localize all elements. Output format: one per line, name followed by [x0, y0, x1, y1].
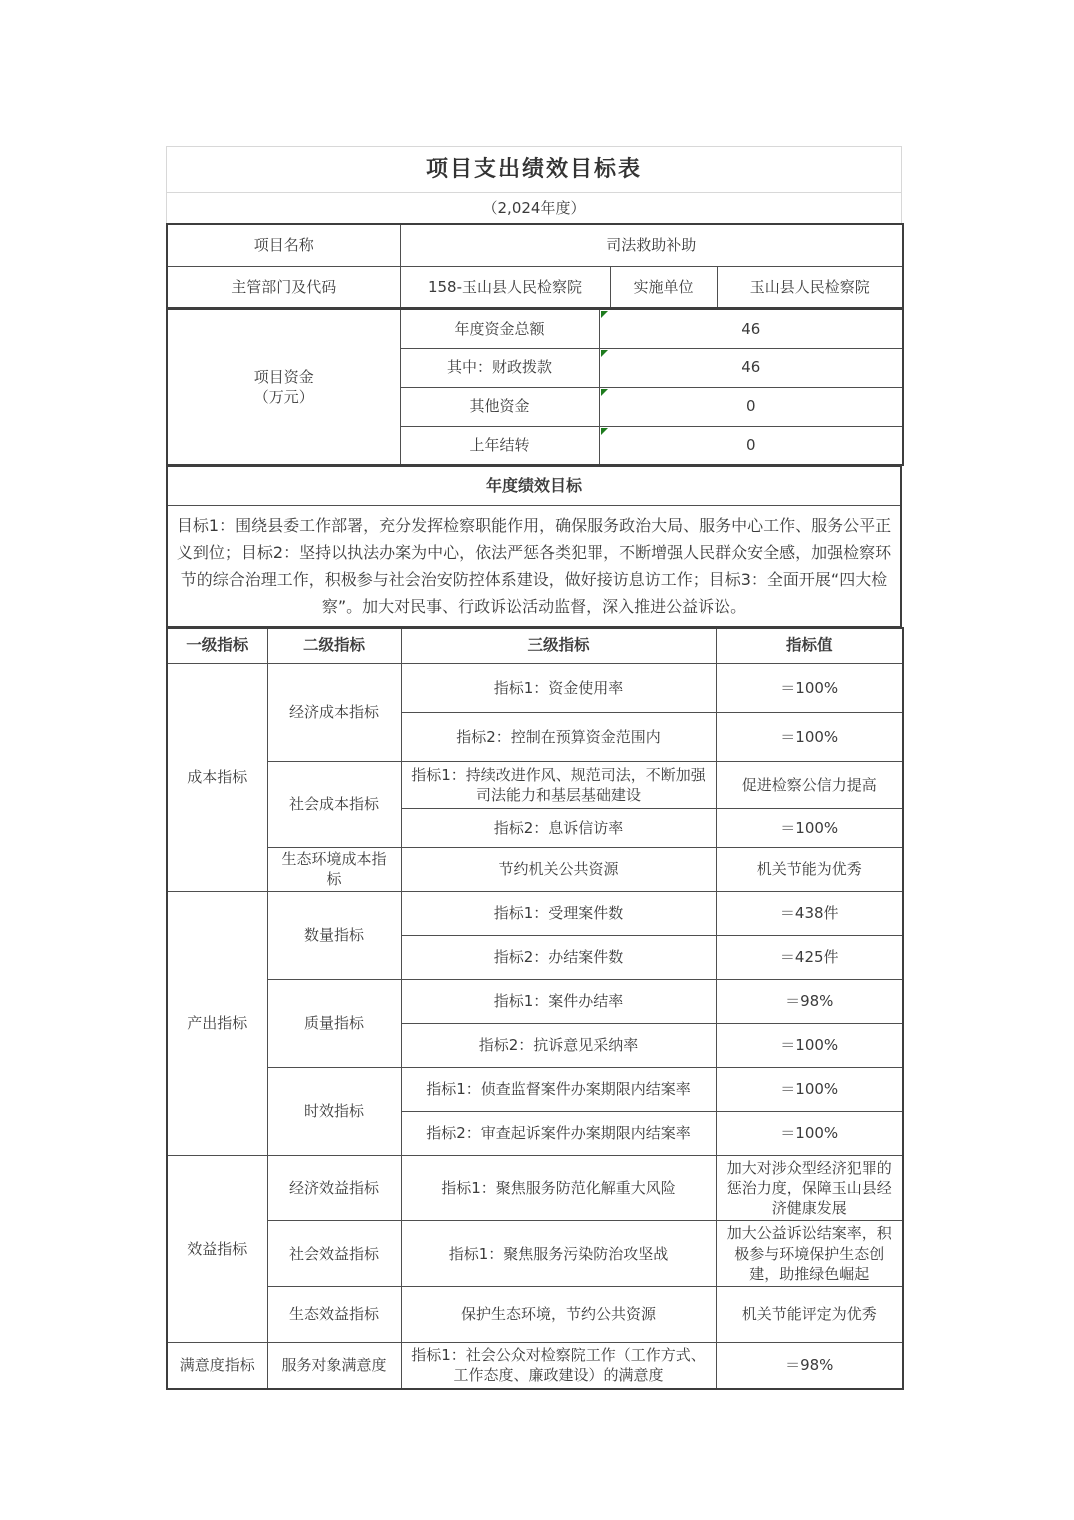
level3-indicator: 指标1：案件办结率 [401, 979, 716, 1023]
impl-unit-value: 玉山县人民检察院 [717, 266, 903, 308]
indicator-value: ＝100% [716, 1067, 903, 1111]
level2-eco-benefit: 生态效益指标 [267, 1287, 401, 1343]
indicator-value: ＝100% [716, 809, 903, 848]
fund-row-name: 其中：财政拨款 [400, 348, 599, 387]
level2-economic-cost: 经济成本指标 [267, 664, 401, 762]
level1-satisfaction-indicator: 满意度指标 [167, 1343, 267, 1389]
level2-service-target-satisfaction: 服务对象满意度 [267, 1343, 401, 1389]
level3-indicator: 保护生态环境，节约公共资源 [401, 1287, 716, 1343]
indicator-value: 机关节能评定为优秀 [716, 1287, 903, 1343]
funds-label: 项目资金 （万元） [167, 309, 400, 465]
fund-row-value: 46 [599, 348, 903, 387]
impl-unit-label: 实施单位 [610, 266, 717, 308]
indicator-value: ＝98% [716, 1343, 903, 1389]
cell-marker-icon [601, 389, 608, 396]
level3-indicator: 指标1：资金使用率 [401, 664, 716, 713]
level3-indicator: 指标2：息诉信访率 [401, 809, 716, 848]
indicator-value: 加大对涉众型经济犯罪的惩治力度，保障玉山县经济健康发展 [716, 1155, 903, 1221]
annual-goal-header: 年度绩效目标 [167, 466, 901, 505]
cell-marker-icon [601, 350, 608, 357]
dept-code-label: 主管部门及代码 [167, 266, 400, 308]
fund-row-value: 0 [599, 426, 903, 465]
level2-social-benefit: 社会效益指标 [267, 1221, 401, 1287]
fund-row-name: 上年结转 [400, 426, 599, 465]
title-block: 项目支出绩效目标表 （2,024年度） [166, 146, 902, 224]
project-name-value: 司法救助补助 [400, 224, 903, 266]
level3-indicator: 指标1：受理案件数 [401, 891, 716, 935]
indicator-value: 促进检察公信力提高 [716, 762, 903, 809]
annual-goal-table: 年度绩效目标 目标1：围绕县委工作部署，充分发挥检察职能作用，确保服务政治大局、… [166, 465, 902, 628]
level3-indicator: 节约机关公共资源 [401, 848, 716, 892]
indicator-value: ＝100% [716, 1111, 903, 1155]
dept-code-value: 158-玉山县人民检察院 [400, 266, 610, 308]
funds-label-line1: 项目资金 [254, 368, 314, 386]
fund-value-text: 0 [746, 436, 756, 454]
project-name-label: 项目名称 [167, 224, 400, 266]
project-info-table: 项目名称 司法救助补助 主管部门及代码 158-玉山县人民检察院 实施单位 玉山… [166, 223, 904, 309]
fund-row-value: 0 [599, 387, 903, 426]
indicator-value: ＝438件 [716, 891, 903, 935]
header-level1: 一级指标 [167, 628, 267, 664]
fund-value-text: 46 [741, 358, 760, 376]
fund-row-value: 46 [599, 309, 903, 348]
indicator-value: ＝98% [716, 979, 903, 1023]
header-level2: 二级指标 [267, 628, 401, 664]
annual-goal-text: 目标1：围绕县委工作部署，充分发挥检察职能作用，确保服务政治大局、服务中心工作、… [167, 505, 901, 627]
header-level3: 三级指标 [401, 628, 716, 664]
level3-indicator: 指标1：社会公众对检察院工作（工作方式、工作态度、廉政建设）的满意度 [401, 1343, 716, 1389]
fund-row-name: 其他资金 [400, 387, 599, 426]
performance-target-table: 项目支出绩效目标表 （2,024年度） 项目名称 司法救助补助 主管部门及代码 … [166, 146, 902, 1390]
level2-social-cost: 社会成本指标 [267, 762, 401, 848]
cell-marker-icon [601, 428, 608, 435]
indicator-value: 机关节能为优秀 [716, 848, 903, 892]
project-funds-table: 项目资金 （万元） 年度资金总额 46 其中：财政拨款 46 其他资金 0 上年… [166, 308, 904, 466]
indicator-value: ＝100% [716, 664, 903, 713]
indicator-value: ＝100% [716, 1023, 903, 1067]
level2-quantity: 数量指标 [267, 891, 401, 979]
header-value: 指标值 [716, 628, 903, 664]
indicator-value: ＝100% [716, 713, 903, 762]
level3-indicator: 指标1：持续改进作风、规范司法，不断加强司法能力和基层基础建设 [401, 762, 716, 809]
level3-indicator: 指标1：聚焦服务防范化解重大风险 [401, 1155, 716, 1221]
level1-output-indicator: 产出指标 [167, 891, 267, 1155]
level3-indicator: 指标2：控制在预算资金范围内 [401, 713, 716, 762]
level2-economic-benefit: 经济效益指标 [267, 1155, 401, 1221]
level1-benefit-indicator: 效益指标 [167, 1155, 267, 1343]
cell-marker-icon [601, 311, 608, 318]
fund-value-text: 0 [746, 397, 756, 415]
page-title: 项目支出绩效目标表 [167, 147, 902, 193]
indicator-value: 加大公益诉讼结案率，积极参与环境保护生态创建，助推绿色崛起 [716, 1221, 903, 1287]
fiscal-year: （2,024年度） [167, 193, 902, 224]
level3-indicator: 指标1：聚焦服务污染防治攻坚战 [401, 1221, 716, 1287]
level2-quality: 质量指标 [267, 979, 401, 1067]
level3-indicator: 指标2：审查起诉案件办案期限内结案率 [401, 1111, 716, 1155]
fund-row-name: 年度资金总额 [400, 309, 599, 348]
level2-timeliness: 时效指标 [267, 1067, 401, 1155]
level1-cost-indicator: 成本指标 [167, 664, 267, 892]
indicator-value: ＝425件 [716, 935, 903, 979]
level3-indicator: 指标2：抗诉意见采纳率 [401, 1023, 716, 1067]
fund-value-text: 46 [741, 320, 760, 338]
funds-label-line2: （万元） [254, 388, 314, 406]
indicator-table: 一级指标 二级指标 三级指标 指标值 成本指标 经济成本指标 指标1：资金使用率… [166, 627, 904, 1390]
level3-indicator: 指标1：侦查监督案件办案期限内结案率 [401, 1067, 716, 1111]
level3-indicator: 指标2：办结案件数 [401, 935, 716, 979]
level2-eco-environment-cost: 生态环境成本指标 [267, 848, 401, 892]
